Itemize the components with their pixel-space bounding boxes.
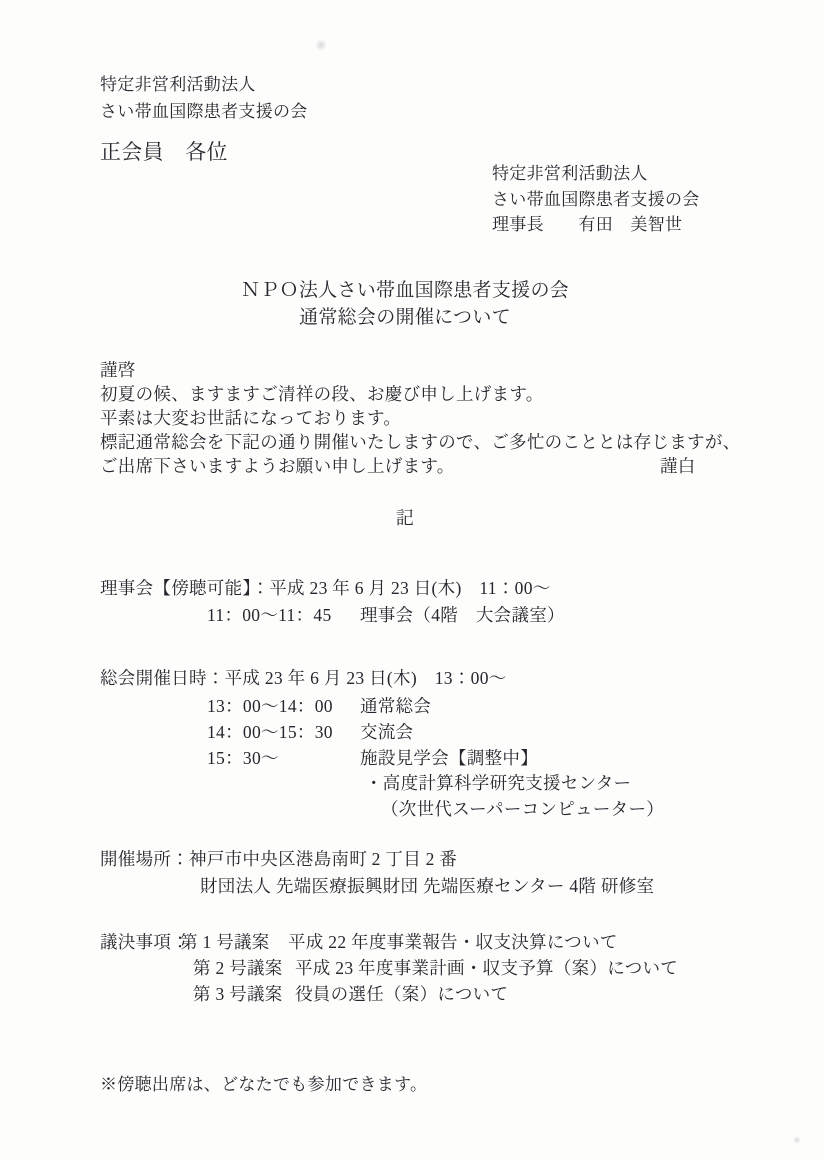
sender-org-line2: さい帯血国際患者支援の会 [100,97,308,122]
greeting-line: 平素は大変お世話になっております。 [100,405,401,430]
record-marker: 記 [0,504,810,530]
venue-address: 神戸市中央区港島南町 2 丁目 2 番 [189,849,457,869]
board-meeting-event: 理事会（4階 大会議室） [360,602,565,627]
agenda-row: 議決事項： 第 1 号議案 平成 22 年度事業報告・収支決算について [0,929,824,955]
board-meeting-heading: 理事会【傍聴可能】：平成 23 年 6 月 23 日(木) 11：00～ [100,575,551,600]
general-meeting-heading: 総会開催日時：平成 23 年 6 月 23 日(木) 13：00～ [100,665,507,690]
schedule-event: 通常総会 [360,693,431,718]
agenda-item-no: 第 3 号議案 [193,981,283,1006]
signer-org-line1: 特定非営利活動法人 [492,159,648,184]
schedule-time: 13：00～14：00 [207,693,333,718]
recipient-line: 正会員 各位 [100,136,228,166]
scan-artifact [793,1136,801,1144]
board-meeting-time: 11：00～11：45 [207,602,332,627]
venue-building: 財団法人 先端医療振興財団 先端医療センター 4階 研修室 [200,873,654,898]
agenda-item-title: 平成 22 年度事業報告・収支決算について [288,929,618,954]
venue-row: 開催場所：神戸市中央区港島南町 2 丁目 2 番 [100,846,457,871]
greeting-line: ご出席下さいますようお願い申し上げます。 [100,453,455,478]
agenda-row: 第 2 号議案 平成 23 年度事業計画・収支予算（案）について [0,955,824,981]
scan-artifact [316,38,326,52]
schedule-event: 施設見学会【調整中】 [360,745,538,770]
signer-name-line: 理事長 有田 美智世 [492,210,682,235]
agenda-item-no: 第 1 号議案 [180,929,270,954]
greeting-opening: 謹啓 [100,357,136,382]
tour-note-line2: （次世代スーパーコンピューター） [381,796,664,821]
schedule-time: 15：30～ [207,745,279,770]
agenda-item-title: 役員の選任（案）について [295,981,508,1006]
greeting-closing: 謹白 [660,453,696,478]
schedule-row: 14：00～15：30 交流会 [0,719,824,745]
signer-org-line2: さい帯血国際患者支援の会 [492,185,700,210]
agenda-label: 議決事項： [100,929,189,954]
venue-label: 開催場所： [100,849,189,869]
schedule-time: 14：00～15：30 [207,719,333,744]
sender-org-line1: 特定非営利活動法人 [100,70,256,95]
doc-title-line2: 通常総会の開催について [0,302,810,329]
schedule-row: 15：30～ 施設見学会【調整中】 [0,745,824,771]
schedule-event: 交流会 [360,719,413,744]
tour-note-line1: ・高度計算科学研究支援センター [365,770,631,795]
board-meeting-detail-row: 11：00～11：45 理事会（4階 大会議室） [0,602,824,628]
agenda-row: 第 3 号議案 役員の選任（案）について [0,981,824,1007]
greeting-line: 初夏の候、ますますご清祥の段、お慶び申し上げます。 [100,381,544,406]
schedule-row: 13：00～14：00 通常総会 [0,693,824,719]
footnote: ※傍聴出席は、どなたでも参加できます。 [100,1070,427,1095]
scanned-letter-page: 特定非営利活動法人 さい帯血国際患者支援の会 正会員 各位 特定非営利活動法人 … [0,0,824,1161]
greeting-line: 標記通常総会を下記の通り開催いたしますので、ご多忙のこととは存じますが、 [100,429,740,454]
agenda-item-title: 平成 23 年度事業計画・収支予算（案）について [295,955,678,980]
doc-title-line1: ＮＰＯ法人さい帯血国際患者支援の会 [0,275,810,302]
agenda-item-no: 第 2 号議案 [193,955,283,980]
